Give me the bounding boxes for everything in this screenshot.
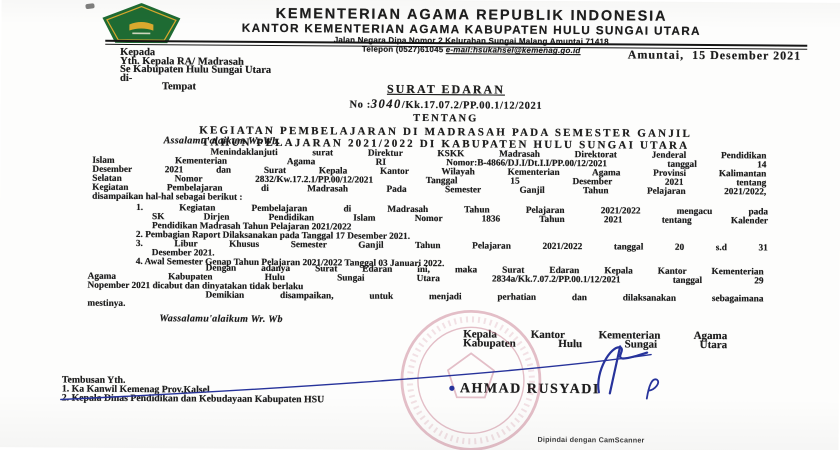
letter-heading: SURAT EDARAN (111, 81, 781, 98)
scanned-letter-page: KEMENTERIAN AGAMA REPUBLIK INDONESIA KAN… (0, 0, 840, 450)
closing-salutation: Wassalamu'alaikum Wr. Wb (159, 313, 283, 325)
salutation: Assalamu'alaikum Wr.Wb. (164, 135, 281, 147)
date-line: Amuntai, 15 Desember 2021 (628, 47, 802, 63)
cc-block: Tembusan Yth. 1. Ka Kanwil Kemenag Prov.… (62, 377, 325, 405)
text-line: Kabupaten Hulu Sungai Utara (463, 340, 727, 351)
letter-number: No :3040/Kk.17.07.2/PP.00.1/12/2021 (111, 96, 781, 114)
handwritten-number: 3040 (371, 97, 402, 111)
scan-artifact (85, 3, 95, 9)
cc-items: 1. Ka Kanwil Kemenag Prov.Kalsel2. Kepal… (62, 385, 325, 404)
text-line: 2. Kepala Dinas Pendidikan dan Kebudayaa… (62, 394, 324, 405)
camscanner-watermark: Dipindai dengan CamScanner (537, 435, 644, 445)
text-line: Se Kabupaten Hulu Sungai Utara (120, 66, 271, 76)
paragraph-3: Demikian disampaikan, untuk menjadi perh… (87, 291, 763, 314)
number-prefix: No : (349, 100, 370, 111)
signatory-name: AHMAD RUSYADI (460, 381, 600, 398)
signatory-title: Kepala Kantor Kementerian AgamaKabupaten… (463, 330, 727, 351)
paragraph-1: Menindaklanjuti surat Direktur KSKK Madr… (92, 148, 766, 207)
letter-sheet: KEMENTERIAN AGAMA REPUBLIK INDONESIA KAN… (0, 0, 840, 450)
numbered-list: 1. Kegiatan Pembelajaran di Madrasah Tah… (136, 204, 768, 272)
number-rest: /Kk.17.07.2/PP.00.1/12/2021 (402, 100, 542, 112)
